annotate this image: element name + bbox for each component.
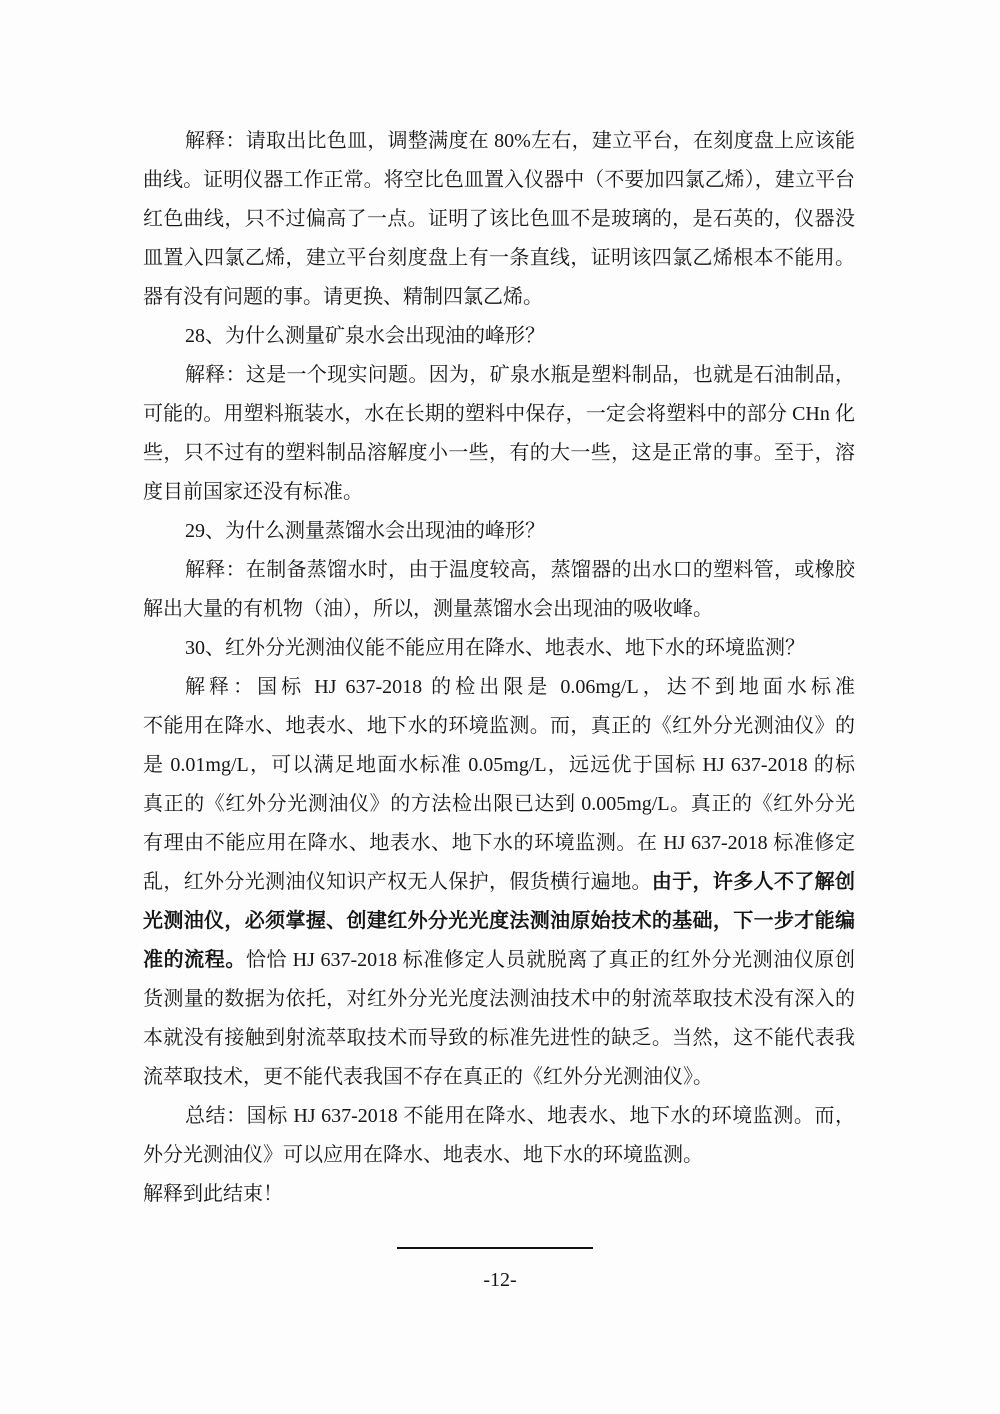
closing-line: 解释到此结束！ (143, 1175, 855, 1214)
text-line: 外分光测油仪》可以应用在降水、地表水、地下水的环境监测。 (143, 1136, 855, 1175)
text-segment: 红色曲线，只不过偏高了一点。证明了该比色皿不是玻璃的，是石英的，仪器没问题。比色 (143, 208, 855, 239)
text-segment: 真正的《红外分光测油仪》的方法检出限已达到 0.005mg/L。真正的《红外分光… (143, 793, 855, 824)
text-line: 流萃取技术，更不能代表我国不存在真正的《红外分光测油仪》。 (143, 1058, 855, 1097)
text-segment: 不能用在降水、地表水、地下水的环境监测。而，真正的《红外分光测油仪》的方法检出限 (143, 715, 855, 746)
text-line: 30、红外分光测油仪能不能应用在降水、地表水、地下水的环境监测？ (143, 629, 855, 668)
text-segment: 是 0.01mg/L，可以满足地面水标准 0.05mg/L，远远优于国标 HJ … (143, 754, 855, 785)
answer-27-paragraph: 解释：请取出比色皿，调整满度在 80%左右，建立平台，在刻度盘上应该能看到有红色… (143, 122, 855, 317)
text-segment: 解出大量的有机物（油），所以，测量蒸馏水会出现油的吸收峰。 (143, 598, 713, 620)
bold-text-segment: 准的流程。 (143, 949, 246, 971)
text-line: 本就没有接触到射流萃取技术而导致的标准先进性的缺乏。当然，这不能代表我国不存在射 (143, 1019, 855, 1058)
text-line: 准的流程。恰恰 HJ 637-2018 标准修定人员就脱离了真正的红外分光测油仪… (143, 941, 855, 980)
text-line: 曲线。证明仪器工作正常。将空比色皿置入仪器中（不要加四氯乙烯），建立平台也能见到 (143, 161, 855, 200)
text-line: 有理由不能应用在降水、地表水、地下水的环境监测。在 HJ 637-2018 标准… (143, 824, 855, 863)
text-segment: 皿置入四氯乙烯，建立平台刻度盘上有一条直线，证明该四氯乙烯根本不能用。不要再提仪 (143, 247, 855, 278)
page-number: -12- (0, 1266, 1000, 1294)
text-segment: 28、为什么测量矿泉水会出现油的峰形？ (185, 325, 545, 347)
summary-paragraph: 总结：国标 HJ 637-2018 不能用在降水、地表水、地下水的环境监测。而，… (143, 1097, 855, 1175)
text-segment: 30、红外分光测油仪能不能应用在降水、地表水、地下水的环境监测？ (185, 637, 805, 659)
text-line: 可能的。用塑料瓶装水，水在长期的塑料中保存，一定会将塑料中的部分 CHn 化合物… (143, 395, 855, 434)
question-30-heading: 30、红外分光测油仪能不能应用在降水、地表水、地下水的环境监测？ (143, 629, 855, 668)
text-segment: 解释：请取出比色皿，调整满度在 80%左右，建立平台，在刻度盘上应该能看到有红色 (185, 130, 855, 161)
text-line: 解出大量的有机物（油），所以，测量蒸馏水会出现油的吸收峰。 (143, 590, 855, 629)
text-segment: 解释：国标 HJ 637-2018 的检出限是 0.06mg/L，达不到地面水标… (185, 676, 855, 707)
text-segment: 外分光测油仪》可以应用在降水、地表水、地下水的环境监测。 (143, 1144, 703, 1166)
text-line: 度目前国家还没有标准。 (143, 473, 855, 512)
text-segment: 货测量的数据为依托，对红外分光光度法测油技术中的射流萃取技术没有深入的了解，或根 (143, 988, 855, 1019)
text-line: 解释：在制备蒸馏水时，由于温度较高，蒸馏器的出水口的塑料管，或橡胶管，均会溶 (143, 551, 855, 590)
text-line: 是 0.01mg/L，可以满足地面水标准 0.05mg/L，远远优于国标 HJ … (143, 746, 855, 785)
text-segment: 可能的。用塑料瓶装水，水在长期的塑料中保存，一定会将塑料中的部分 CHn 化合物… (143, 403, 855, 434)
text-line: 总结：国标 HJ 637-2018 不能用在降水、地表水、地下水的环境监测。而，… (143, 1097, 855, 1136)
text-segment: 总结：国标 HJ 637-2018 不能用在降水、地表水、地下水的环境监测。而，… (185, 1105, 855, 1136)
text-line: 解释：国标 HJ 637-2018 的检出限是 0.06mg/L，达不到地面水标… (143, 668, 855, 707)
document-text-block: 解释：请取出比色皿，调整满度在 80%左右，建立平台，在刻度盘上应该能看到有红色… (143, 122, 855, 1214)
text-line: 解释到此结束！ (143, 1175, 855, 1214)
text-line: 解释：这是一个现实问题。因为，矿泉水瓶是塑料制品，也就是石油制品，没有油是不 (143, 356, 855, 395)
text-segment: 29、为什么测量蒸馏水会出现油的峰形？ (185, 520, 545, 542)
text-line: 些，只不过有的塑料制品溶解度小一些，有的大一些，这是正常的事。至于，溶解到什么程 (143, 434, 855, 473)
text-segment: 解释：在制备蒸馏水时，由于温度较高，蒸馏器的出水口的塑料管，或橡胶管，均会溶 (185, 559, 855, 590)
answer-28-paragraph: 解释：这是一个现实问题。因为，矿泉水瓶是塑料制品，也就是石油制品，没有油是不可能… (143, 356, 855, 512)
text-line: 不能用在降水、地表水、地下水的环境监测。而，真正的《红外分光测油仪》的方法检出限 (143, 707, 855, 746)
text-segment: 解释到此结束！ (143, 1183, 283, 1205)
text-segment: 恰恰 HJ 637-2018 标准修定人员就脱离了真正的红外分光测油仪原创技术，… (143, 949, 855, 980)
question-28-heading: 28、为什么测量矿泉水会出现油的峰形？ (143, 317, 855, 356)
answer-30-paragraph: 解释：国标 HJ 637-2018 的检出限是 0.06mg/L，达不到地面水标… (143, 668, 855, 1097)
bold-text-segment: 光测油仪，必须掌握、创建红外分光光度法测油原始技术的基础，下一步才能编制国家标 (143, 910, 855, 941)
text-segment: 些，只不过有的塑料制品溶解度小一些，有的大一些，这是正常的事。至于，溶解到什么程 (143, 442, 855, 473)
text-segment: 乱，红外分光测油仪知识产权无人保护，假货横行遍地。 (143, 871, 652, 893)
text-segment: 解释：这是一个现实问题。因为，矿泉水瓶是塑料制品，也就是石油制品，没有油是不 (185, 364, 855, 395)
text-segment: 曲线。证明仪器工作正常。将空比色皿置入仪器中（不要加四氯乙烯），建立平台也能见到 (143, 169, 855, 200)
question-29-heading: 29、为什么测量蒸馏水会出现油的峰形？ (143, 512, 855, 551)
text-line: 红色曲线，只不过偏高了一点。证明了该比色皿不是玻璃的，是石英的，仪器没问题。比色 (143, 200, 855, 239)
text-line: 29、为什么测量蒸馏水会出现油的峰形？ (143, 512, 855, 551)
text-line: 解释：请取出比色皿，调整满度在 80%左右，建立平台，在刻度盘上应该能看到有红色 (143, 122, 855, 161)
text-line: 光测油仪，必须掌握、创建红外分光光度法测油原始技术的基础，下一步才能编制国家标 (143, 902, 855, 941)
answer-29-paragraph: 解释：在制备蒸馏水时，由于温度较高，蒸馏器的出水口的塑料管，或橡胶管，均会溶解出… (143, 551, 855, 629)
text-segment: 有理由不能应用在降水、地表水、地下水的环境监测。在 HJ 637-2018 标准… (143, 832, 855, 863)
text-line: 货测量的数据为依托，对红外分光光度法测油技术中的射流萃取技术没有深入的了解，或根 (143, 980, 855, 1019)
text-segment: 器有没有问题的事。请更换、精制四氯乙烯。 (143, 286, 543, 308)
text-segment: 流萃取技术，更不能代表我国不存在真正的《红外分光测油仪》。 (143, 1066, 713, 1088)
text-line: 器有没有问题的事。请更换、精制四氯乙烯。 (143, 278, 855, 317)
document-page: 解释：请取出比色皿，调整满度在 80%左右，建立平台，在刻度盘上应该能看到有红色… (0, 0, 1000, 1414)
text-segment: 本就没有接触到射流萃取技术而导致的标准先进性的缺乏。当然，这不能代表我国不存在射 (143, 1027, 855, 1058)
text-line: 真正的《红外分光测油仪》的方法检出限已达到 0.005mg/L。真正的《红外分光… (143, 785, 855, 824)
text-line: 皿置入四氯乙烯，建立平台刻度盘上有一条直线，证明该四氯乙烯根本不能用。不要再提仪 (143, 239, 855, 278)
text-segment: 度目前国家还没有标准。 (143, 481, 363, 503)
text-line: 乱，红外分光测油仪知识产权无人保护，假货横行遍地。由于，许多人不了解创造红外分 (143, 863, 855, 902)
footnote-separator-line (397, 1247, 593, 1249)
text-line: 28、为什么测量矿泉水会出现油的峰形？ (143, 317, 855, 356)
